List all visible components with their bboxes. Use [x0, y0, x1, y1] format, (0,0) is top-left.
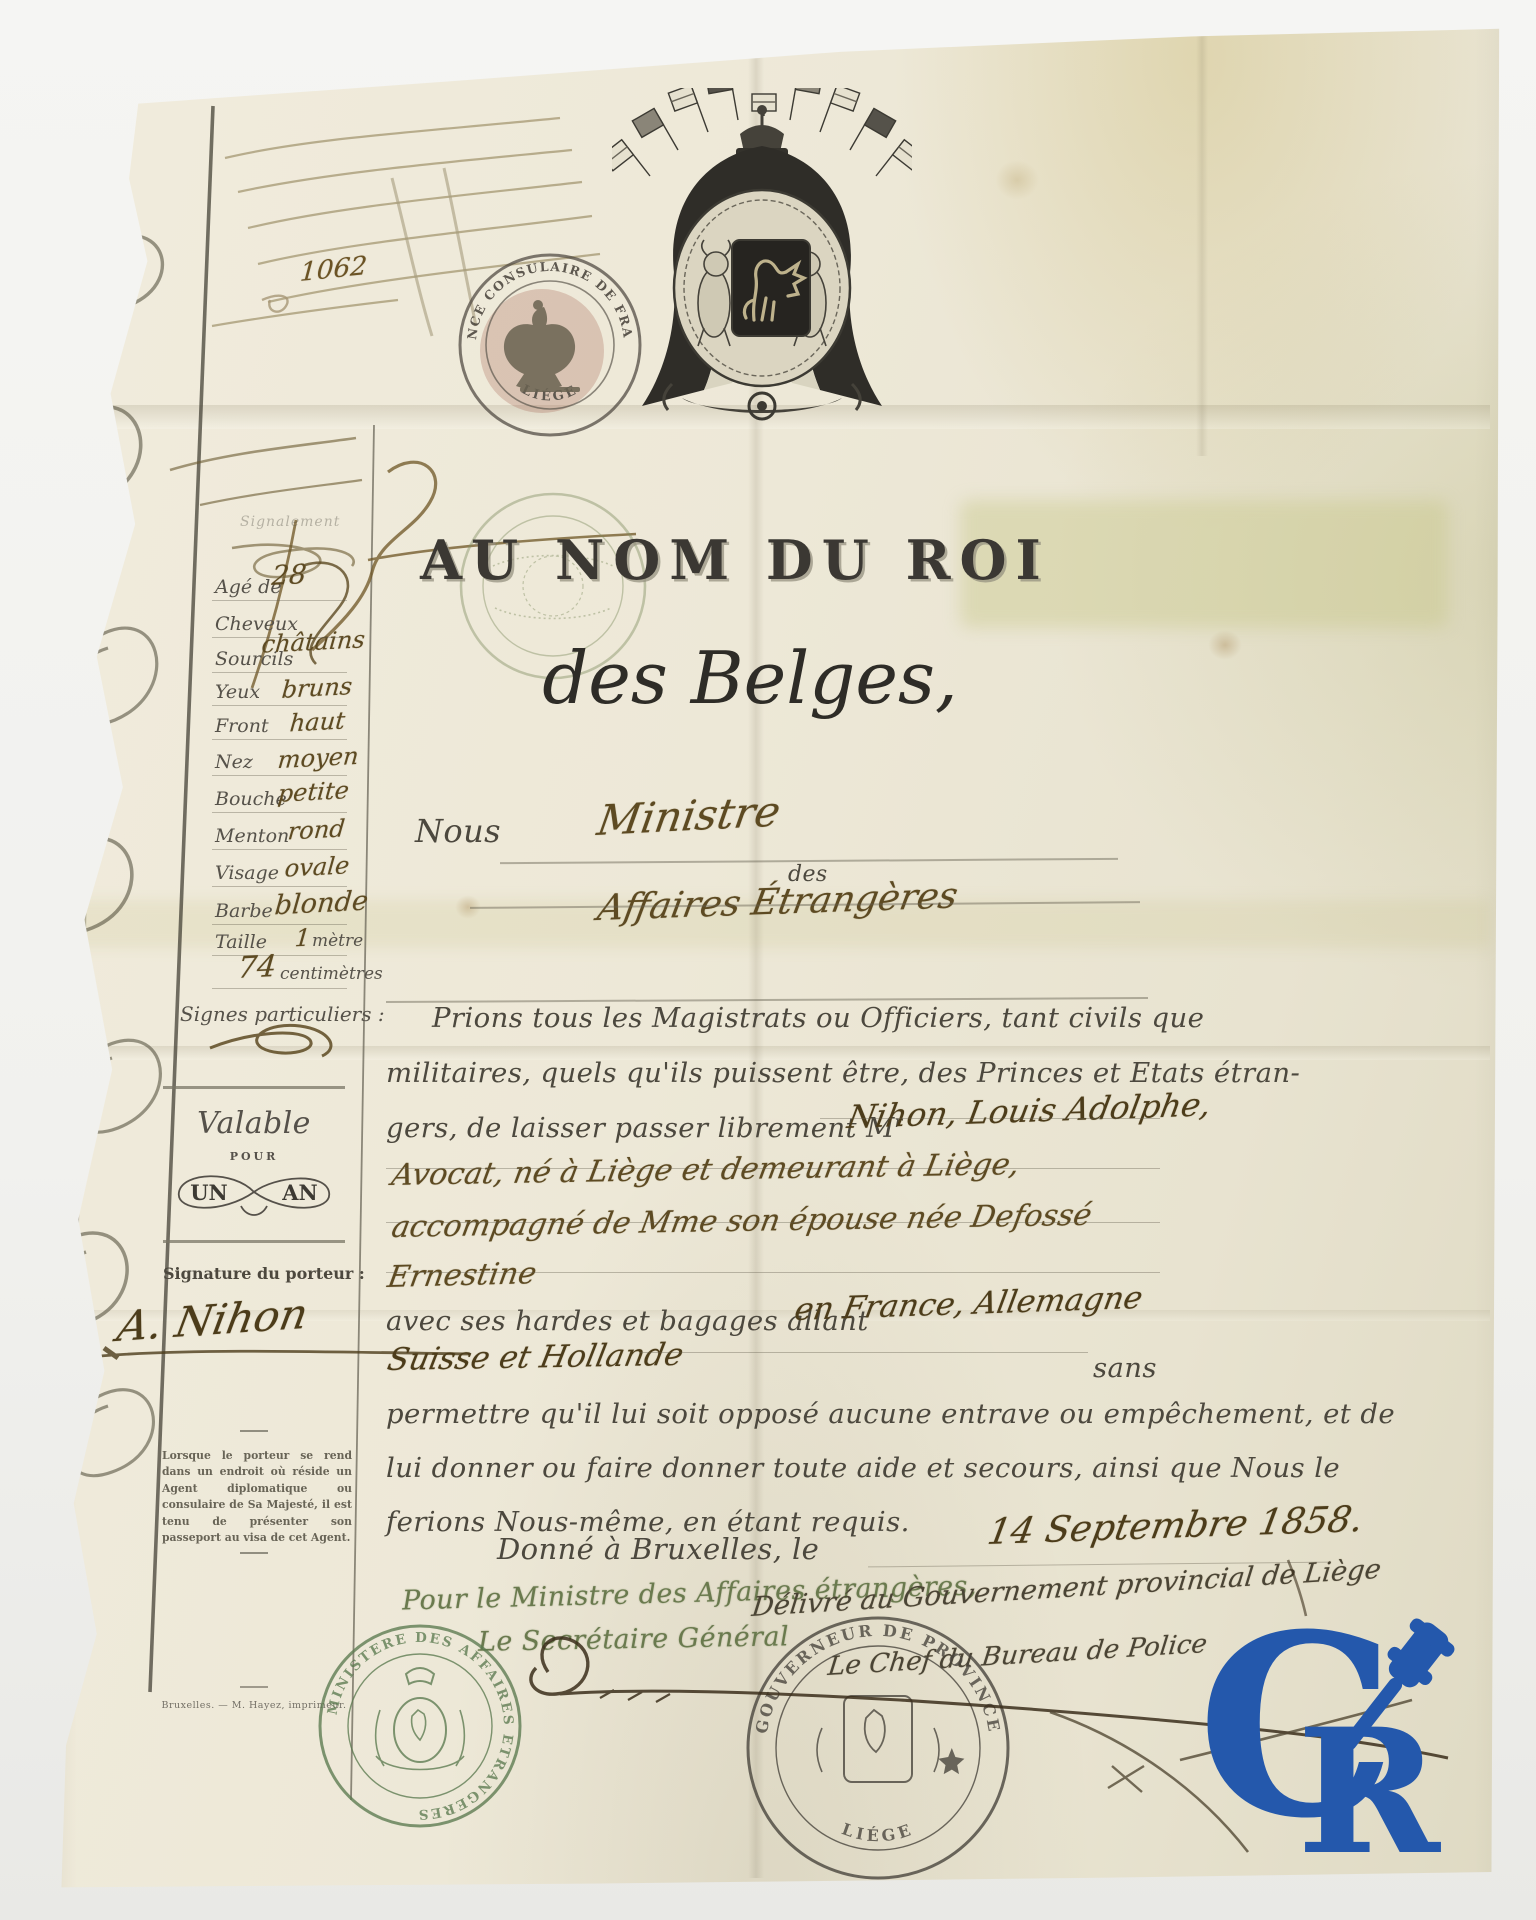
- svg-text:MINISTERE DES AFFAIRES ETRANGE: MINISTERE DES AFFAIRES ETRANGERES: [325, 1630, 517, 1822]
- preamble-ministre-handwritten: Ministre: [594, 787, 784, 845]
- agent-notice-text: Lorsque le porteur se rend dans un endro…: [162, 1448, 352, 1546]
- body-line-10: lui donner ou faire donner toute aide et…: [386, 1452, 1340, 1484]
- imprint-ornament: [240, 1686, 268, 1688]
- sig-line-5: [212, 749, 347, 776]
- blank-line-8: [640, 1352, 1088, 1353]
- blank-line-6: [386, 1222, 1160, 1223]
- blank-line-4: [820, 1118, 1160, 1119]
- body-sans: sans: [1093, 1352, 1157, 1384]
- validity-un-an-ornament: UN AN: [163, 1162, 345, 1224]
- blank-line-5: [386, 1168, 1160, 1169]
- title-au-nom-du-roi: AU NOM DU ROI: [400, 528, 1070, 592]
- escutcheon: [732, 240, 810, 336]
- sig-line-0: [212, 574, 347, 601]
- sig-line-2: [212, 646, 347, 673]
- sig-line-8: [212, 860, 347, 887]
- province-stamp-shield-icon: [817, 1696, 964, 1782]
- province-stamp-ring-top-text: GOUVERNEUR DE PROVINCE: [752, 1621, 1004, 1735]
- belgian-coat-of-arms: [612, 88, 912, 433]
- ministry-stamp-ring-text: MINISTERE DES AFFAIRES ETRANGERES: [325, 1630, 517, 1822]
- body-line-2: militaires, quels qu'ils puissent être, …: [386, 1057, 1300, 1089]
- sig-line-1: [212, 611, 347, 638]
- sig-line-7: [212, 823, 347, 850]
- validity-divider-top: [163, 1086, 345, 1089]
- date-place-printed: Donné à Bruxelles, le: [497, 1532, 819, 1566]
- subtitle-des-belges: des Belges,: [430, 636, 1070, 720]
- signes-particuliers-flourish: [210, 1025, 331, 1056]
- sig-line-3: [212, 679, 347, 706]
- signes-particuliers-label: Signes particuliers :: [180, 1002, 385, 1026]
- ministry-stamp-arms-icon: [376, 1668, 465, 1770]
- validity-un: UN: [190, 1180, 228, 1205]
- french-consular-stamp: AGENCE CONSULAIRE DE FRANCE LIÉGE: [450, 245, 650, 445]
- destinations-handwritten-2: Suisse et Hollande: [384, 1337, 686, 1378]
- notice-ornament-top: [240, 1430, 268, 1432]
- validity-an: AN: [281, 1180, 318, 1205]
- sig-line-10: [212, 929, 347, 956]
- preamble-nous: Nous: [415, 812, 501, 850]
- body-line-1: Prions tous les Magistrats ou Officiers,…: [432, 1002, 1204, 1034]
- body-line-9: permettre qu'il lui soit opposé aucune e…: [386, 1398, 1395, 1430]
- sig-line-11: [212, 962, 347, 989]
- passport-document: 1062: [0, 0, 1536, 1920]
- porteur-label: Signature du porteur :: [163, 1264, 345, 1283]
- auction-house-logo: C R: [1205, 1612, 1495, 1872]
- ministry-stamp: MINISTERE DES AFFAIRES ETRANGERES: [314, 1620, 526, 1832]
- sig-line-4: [212, 713, 347, 740]
- sig-line-6: [212, 786, 347, 813]
- svg-text:GOUVERNEUR DE PROVINCE: GOUVERNEUR DE PROVINCE: [752, 1621, 1004, 1735]
- svg-text:LIÉGE: LIÉGE: [839, 1819, 916, 1845]
- blank-line-7: [386, 1272, 1160, 1273]
- central-cartouche: [674, 190, 850, 386]
- sig-line-9: [212, 898, 347, 925]
- validity-divider-bottom: [163, 1240, 345, 1243]
- validity-valable: Valable: [163, 1106, 345, 1141]
- province-stamp: GOUVERNEUR DE PROVINCE LIÉGE: [742, 1612, 1014, 1884]
- body-line-3: gers, de laisser passer librement Mr: [386, 1112, 903, 1144]
- signalement-header: Signalement: [240, 514, 340, 530]
- margin-calligraphy-flourishes: [45, 236, 163, 1476]
- province-stamp-ring-bottom-text: LIÉGE: [839, 1819, 916, 1845]
- auction-photo: 1062: [0, 0, 1536, 1920]
- notice-ornament-bottom: [240, 1552, 268, 1554]
- body-line-3-text: gers, de laisser passer librement M: [386, 1112, 895, 1144]
- spouse-firstname-handwritten: Ernestine: [385, 1256, 539, 1295]
